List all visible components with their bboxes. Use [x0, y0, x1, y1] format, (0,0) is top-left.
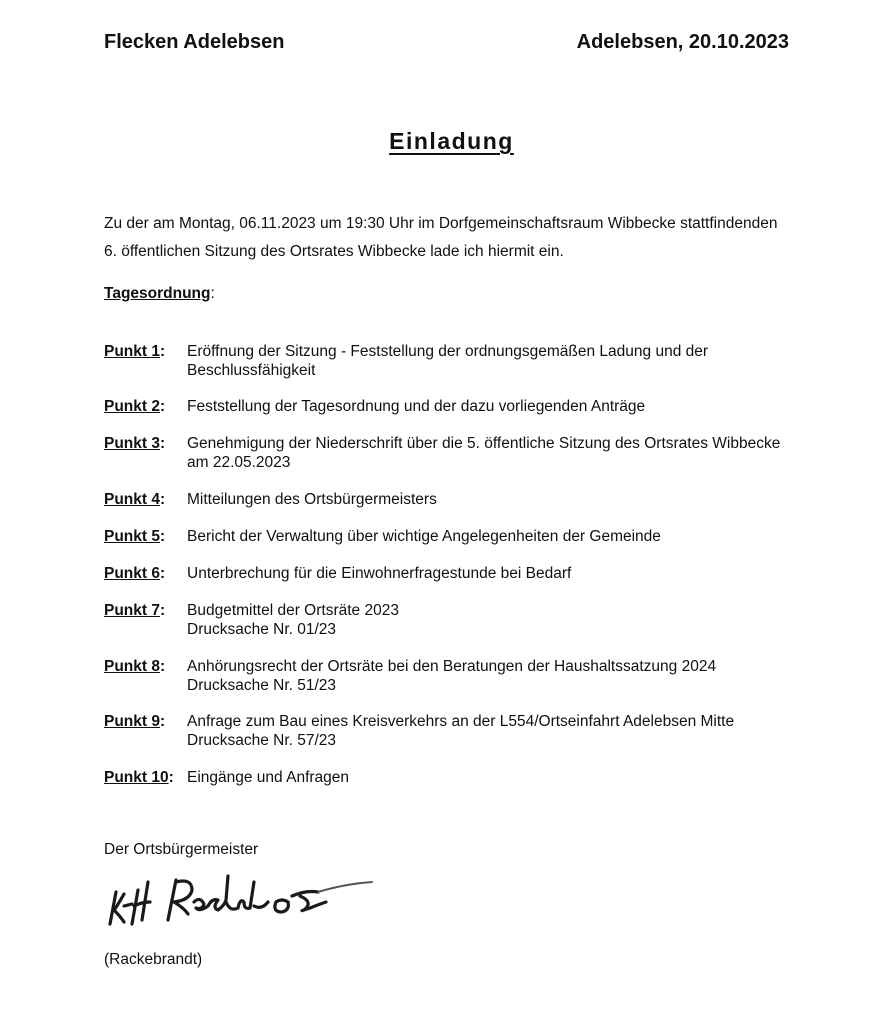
agenda-item-line: Eröffnung der Sitzung - Feststellung der…	[187, 342, 824, 361]
agenda-item-label: Punkt 8:	[104, 657, 187, 695]
agenda-item-line: Feststellung der Tagesordnung und der da…	[187, 397, 824, 416]
agenda-item-line: Anfrage zum Bau eines Kreisverkehrs an d…	[187, 712, 824, 731]
intro-line-2: 6. öffentlichen Sitzung des Ortsrates Wi…	[104, 238, 824, 266]
agenda-item-text: Bericht der Verwaltung über wichtige Ang…	[187, 527, 824, 546]
agenda-item-text: Anhörungsrecht der Ortsräte bei den Bera…	[187, 657, 824, 695]
agenda-item: Punkt 3:Genehmigung der Niederschrift üb…	[104, 434, 824, 472]
agenda-item-line: Drucksache Nr. 01/23	[187, 620, 824, 639]
agenda-item-line: Unterbrechung für die Einwohnerfragestun…	[187, 564, 824, 583]
agenda-item: Punkt 6:Unterbrechung für die Einwohnerf…	[104, 564, 824, 583]
agenda-item-line: Genehmigung der Niederschrift über die 5…	[187, 434, 824, 453]
agenda-item: Punkt 9:Anfrage zum Bau eines Kreisverke…	[104, 712, 824, 750]
agenda-item-text: Genehmigung der Niederschrift über die 5…	[187, 434, 824, 472]
agenda-heading: Tagesordnung:	[104, 285, 215, 303]
agenda-item-text: Feststellung der Tagesordnung und der da…	[187, 397, 824, 416]
agenda-item-text: Budgetmittel der Ortsräte 2023Drucksache…	[187, 601, 824, 639]
agenda-item-label: Punkt 9:	[104, 712, 187, 750]
agenda-item-label: Punkt 10:	[104, 768, 187, 787]
agenda-item: Punkt 8:Anhörungsrecht der Ortsräte bei …	[104, 657, 824, 695]
agenda-item-line: am 22.05.2023	[187, 453, 824, 472]
document-title: Einladung	[0, 128, 872, 155]
agenda-item-text: Unterbrechung für die Einwohnerfragestun…	[187, 564, 824, 583]
signatory-role: Der Ortsbürgermeister	[104, 841, 258, 859]
agenda-item-label: Punkt 3:	[104, 434, 187, 472]
agenda-item-label: Punkt 6:	[104, 564, 187, 583]
signatory-name: (Rackebrandt)	[104, 951, 202, 969]
agenda-item: Punkt 4:Mitteilungen des Ortsbürgermeist…	[104, 490, 824, 509]
place-and-date: Adelebsen, 20.10.2023	[577, 31, 789, 54]
agenda-item-text: Eingänge und Anfragen	[187, 768, 824, 787]
agenda-item-line: Bericht der Verwaltung über wichtige Ang…	[187, 527, 824, 546]
agenda-heading-text: Tagesordnung	[104, 285, 211, 302]
agenda-item-line: Mitteilungen des Ortsbürgermeisters	[187, 490, 824, 509]
agenda-item: Punkt 2:Feststellung der Tagesordnung un…	[104, 397, 824, 416]
signature-icon	[104, 862, 384, 934]
agenda-item: Punkt 5:Bericht der Verwaltung über wich…	[104, 527, 824, 546]
agenda-item-label: Punkt 2:	[104, 397, 187, 416]
agenda-item-text: Mitteilungen des Ortsbürgermeisters	[187, 490, 824, 509]
agenda-item-line: Drucksache Nr. 51/23	[187, 676, 824, 695]
intro-paragraph: Zu der am Montag, 06.11.2023 um 19:30 Uh…	[104, 210, 824, 266]
agenda-item-label: Punkt 7:	[104, 601, 187, 639]
agenda-item: Punkt 1:Eröffnung der Sitzung - Feststel…	[104, 342, 824, 380]
agenda-item: Punkt 7:Budgetmittel der Ortsräte 2023Dr…	[104, 601, 824, 639]
agenda-item-line: Eingänge und Anfragen	[187, 768, 824, 787]
agenda-item-text: Eröffnung der Sitzung - Feststellung der…	[187, 342, 824, 380]
agenda-item-line: Anhörungsrecht der Ortsräte bei den Bera…	[187, 657, 824, 676]
intro-line-1: Zu der am Montag, 06.11.2023 um 19:30 Uh…	[104, 210, 824, 238]
agenda-item-label: Punkt 5:	[104, 527, 187, 546]
agenda-item: Punkt 10:Eingänge und Anfragen	[104, 768, 824, 787]
agenda-item-label: Punkt 1:	[104, 342, 187, 380]
agenda-item-line: Drucksache Nr. 57/23	[187, 731, 824, 750]
agenda-item-line: Budgetmittel der Ortsräte 2023	[187, 601, 824, 620]
organization-name: Flecken Adelebsen	[104, 31, 284, 54]
agenda-item-text: Anfrage zum Bau eines Kreisverkehrs an d…	[187, 712, 824, 750]
agenda-item-label: Punkt 4:	[104, 490, 187, 509]
agenda-item-line: Beschlussfähigkeit	[187, 361, 824, 380]
